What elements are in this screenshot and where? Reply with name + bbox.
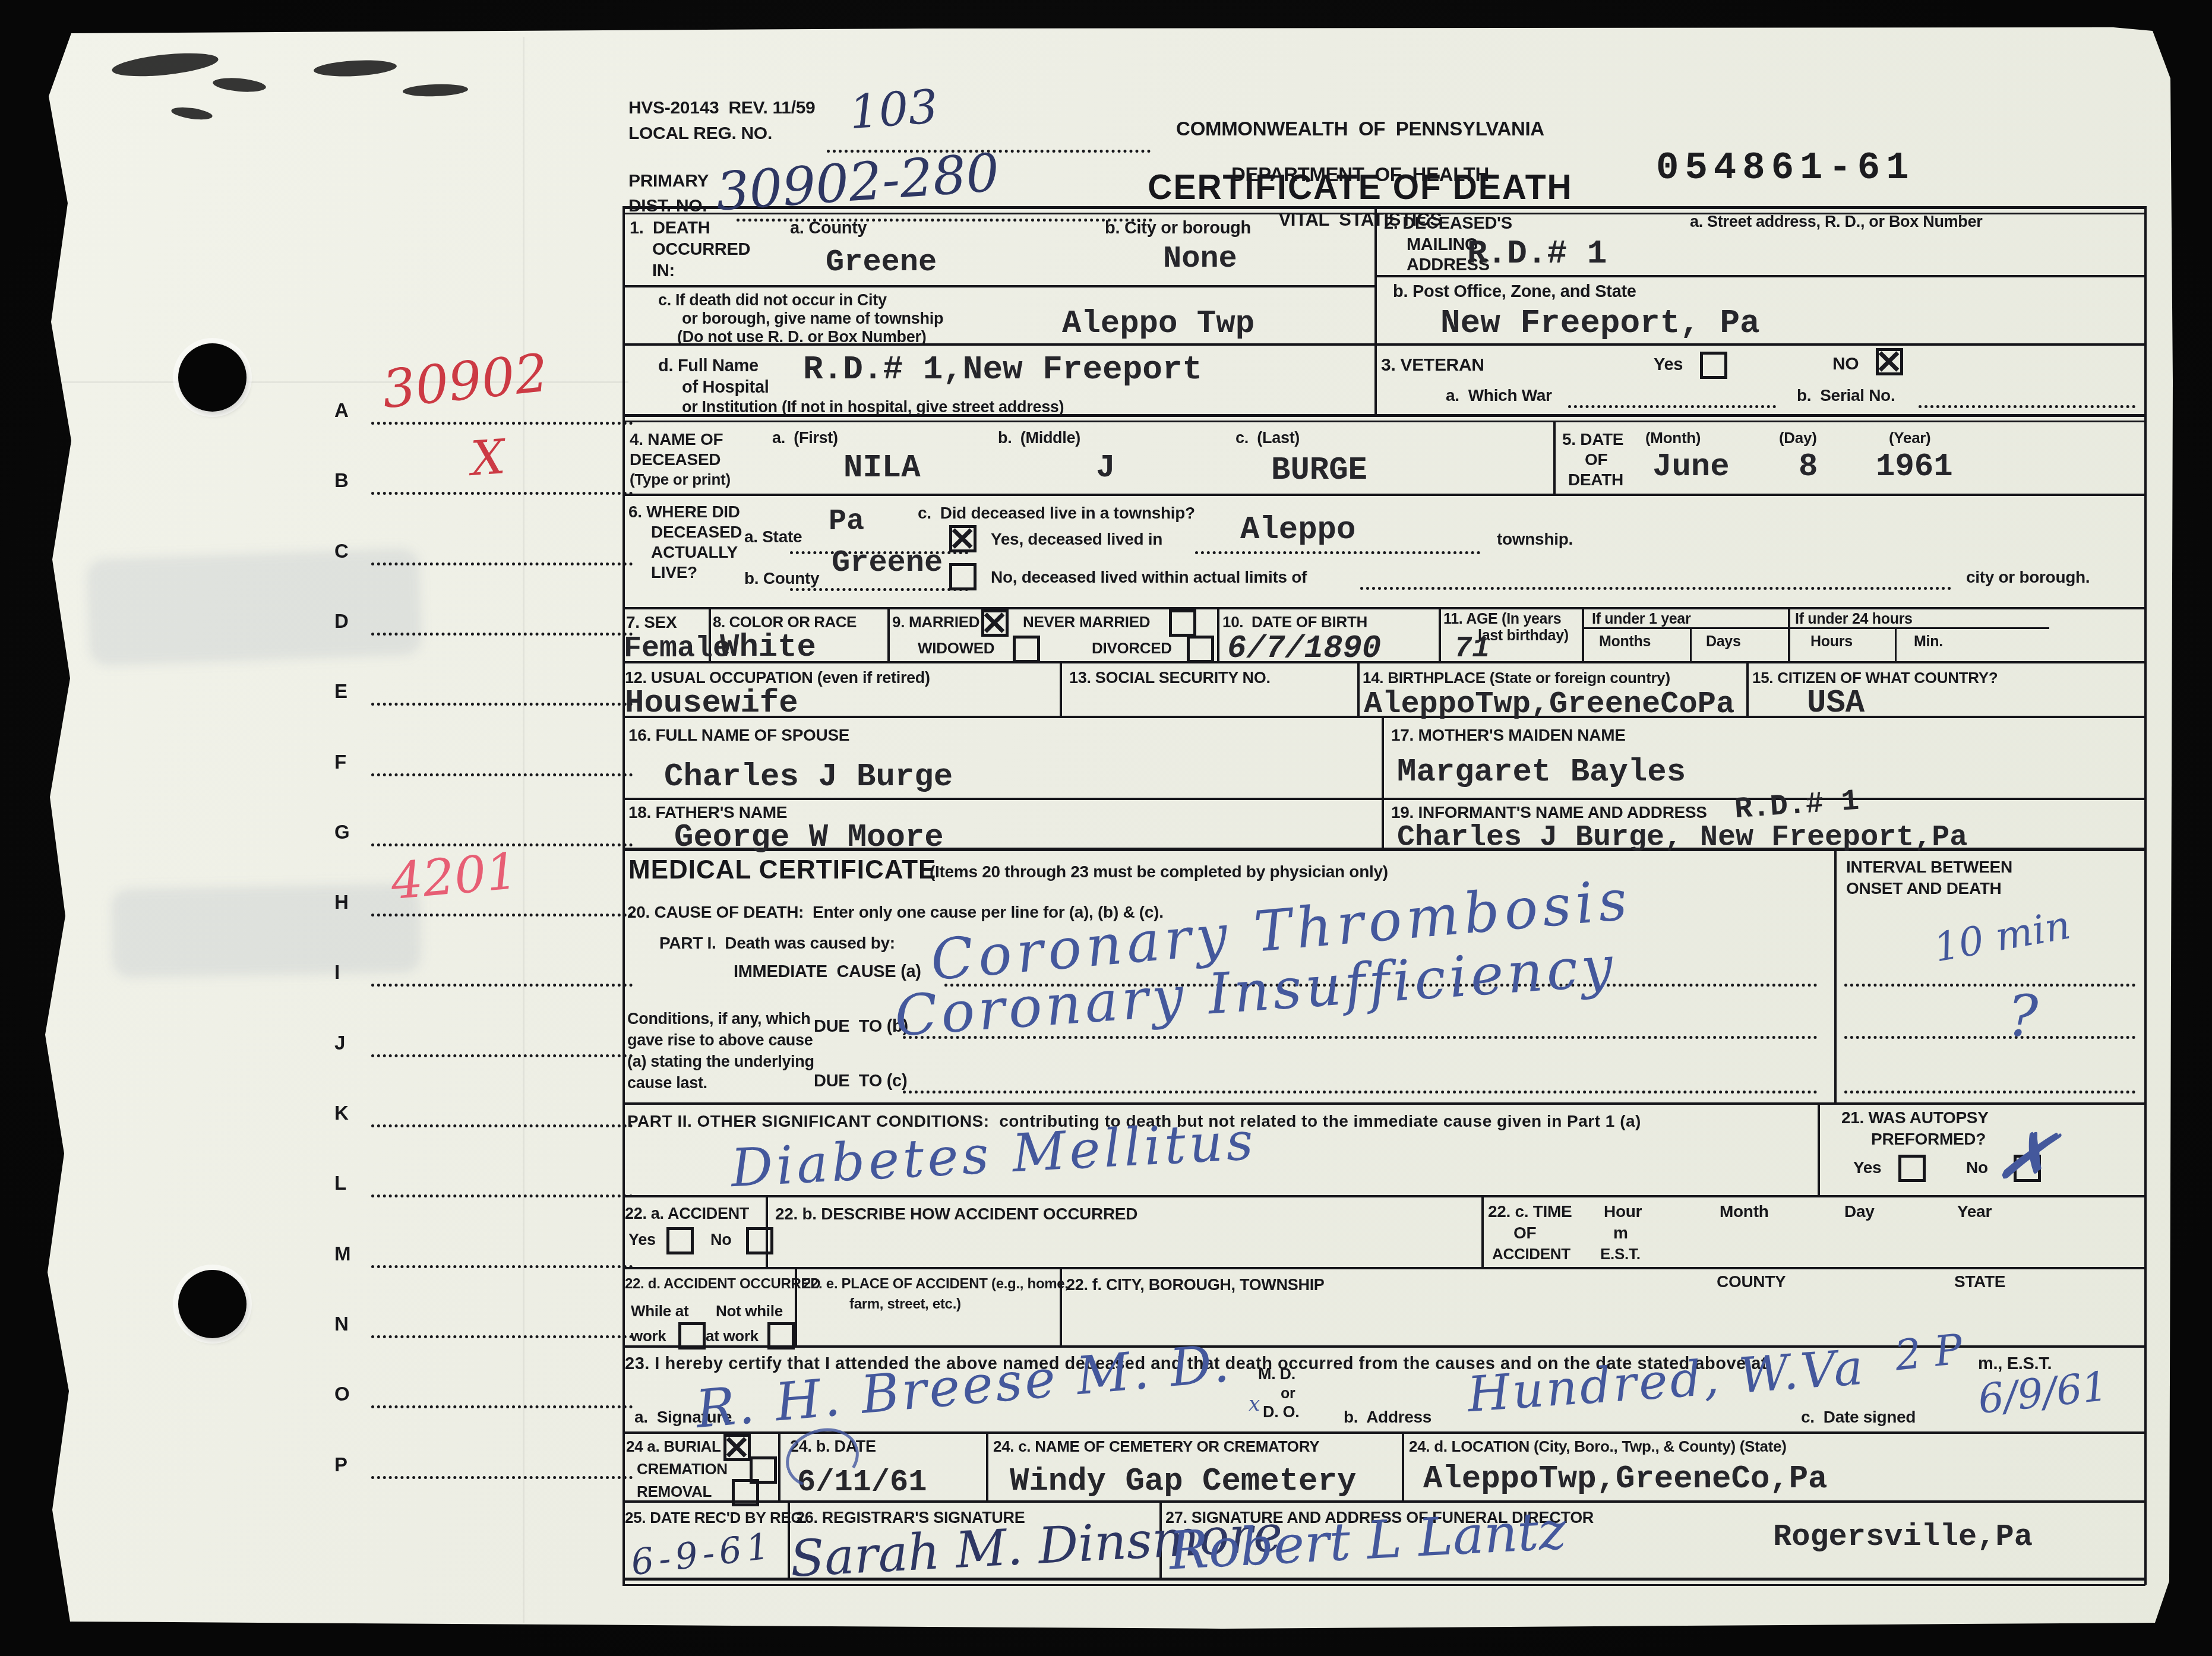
box6-label: 6. WHERE DID bbox=[628, 503, 740, 522]
stub-index-row-L: L bbox=[334, 1172, 634, 1210]
stub-dotted-line bbox=[371, 773, 633, 776]
stub-dotted-line bbox=[371, 1335, 633, 1338]
hospital-label: or Institution (If not in hospital, give… bbox=[682, 398, 1064, 416]
box4-label: DECEASED bbox=[630, 450, 721, 469]
township-suffix: township. bbox=[1497, 530, 1573, 549]
stub-index-row-N: N bbox=[334, 1313, 634, 1351]
stub-index-letter: A bbox=[334, 399, 349, 422]
stub-dotted-line bbox=[371, 1405, 633, 1408]
death-year-value: 1961 bbox=[1876, 449, 1953, 485]
stub-index-letter: K bbox=[334, 1102, 349, 1124]
city-borough-label: b. City or borough bbox=[1105, 219, 1251, 238]
rule bbox=[622, 494, 2145, 496]
spouse-label: 16. FULL NAME OF SPOUSE bbox=[628, 726, 849, 745]
min-label: Min. bbox=[1914, 633, 1943, 650]
due-to-b-label: DUE TO (b) bbox=[814, 1017, 908, 1036]
death-day-value: 8 bbox=[1799, 449, 1818, 485]
age-label: 11. AGE (In years bbox=[1443, 611, 1561, 628]
md-x-mark-handwriting: x bbox=[1249, 1392, 1260, 1416]
hour-label: Hour bbox=[1604, 1202, 1642, 1221]
box5-label: 5. DATE bbox=[1562, 430, 1623, 449]
box5-label: OF bbox=[1585, 450, 1607, 469]
ink-smudge bbox=[111, 49, 220, 81]
date-signed-label: c. Date signed bbox=[1801, 1408, 1916, 1427]
time-of-accident-label: 22. c. TIME bbox=[1488, 1202, 1572, 1221]
lived-township-value: Aleppo bbox=[1240, 512, 1355, 548]
city-borough-suffix: city or borough. bbox=[1966, 568, 2090, 587]
do-label: D. O. bbox=[1263, 1403, 1300, 1421]
last-name-label: c. (Last) bbox=[1235, 429, 1300, 447]
primary-label: PRIMARY bbox=[628, 171, 709, 191]
stub-index-letter: N bbox=[334, 1313, 349, 1335]
conditions-note: (a) stating the underlying bbox=[627, 1053, 814, 1071]
autopsy-yes-checkbox bbox=[1898, 1155, 1926, 1182]
age-label: last birthday) bbox=[1478, 627, 1569, 644]
rule bbox=[622, 607, 2145, 609]
box6-label: ACTUALLY bbox=[651, 543, 738, 562]
form-number: HVS-20143 REV. 11/59 bbox=[628, 98, 816, 118]
cemetery-location-value: AleppoTwp,GreeneCo,Pa bbox=[1423, 1461, 1828, 1497]
not-at-work-checkbox bbox=[767, 1322, 795, 1350]
stub-index-row-F: F bbox=[334, 751, 634, 789]
hospital-value: R.D.# 1,New Freeport bbox=[803, 350, 1202, 388]
widowed-checkbox bbox=[1013, 636, 1040, 663]
ink-smudge bbox=[403, 83, 469, 97]
rule bbox=[622, 798, 2145, 800]
married-label: 9. MARRIED bbox=[892, 613, 979, 631]
race-label: 8. COLOR OR RACE bbox=[713, 613, 857, 631]
city-borough-township-label: 22. f. CITY, BOROUGH, TOWNSHIP bbox=[1066, 1276, 1325, 1294]
box1-label: IN: bbox=[652, 261, 675, 281]
or-label: or bbox=[1281, 1385, 1295, 1402]
time-of-accident-label: OF bbox=[1513, 1224, 1536, 1243]
autopsy-label: 21. WAS AUTOPSY bbox=[1841, 1108, 1989, 1127]
dotted-line bbox=[903, 1091, 1818, 1094]
md-label: M. D. bbox=[1258, 1365, 1295, 1383]
divider bbox=[778, 1431, 780, 1500]
autopsy-no-x-handwriting: ✗ bbox=[1990, 1112, 2061, 1202]
stub-index-letter: P bbox=[334, 1453, 347, 1476]
stub-index-row-P: P bbox=[334, 1453, 634, 1491]
post-office-label: b. Post Office, Zone, and State bbox=[1393, 282, 1636, 302]
not-while-label: Not while bbox=[716, 1302, 783, 1320]
local-reg-label: LOCAL REG. NO. bbox=[628, 124, 772, 144]
citizen-value: USA bbox=[1807, 685, 1865, 722]
box6-label: DECEASED bbox=[651, 523, 742, 542]
box4-label: (Type or print) bbox=[630, 470, 731, 489]
interval-label: INTERVAL BETWEEN bbox=[1846, 858, 2012, 877]
dist-no-label: DIST. NO. bbox=[628, 196, 707, 216]
box2-label: 2. DECEASED'S bbox=[1384, 214, 1512, 233]
divider bbox=[1788, 607, 1790, 661]
hospital-label: of Hospital bbox=[682, 378, 769, 397]
stub-index-row-H: H4201 bbox=[334, 891, 634, 929]
middle-name-label: b. (Middle) bbox=[998, 429, 1080, 447]
rule bbox=[622, 1102, 2145, 1105]
month-label: (Month) bbox=[1645, 429, 1701, 447]
under-24-hours-label: If under 24 hours bbox=[1795, 611, 1913, 628]
veteran-label: 3. VETERAN bbox=[1381, 355, 1484, 375]
local-reg-value: 103 bbox=[848, 80, 940, 140]
form-right-border bbox=[2144, 206, 2147, 1585]
place-of-accident-label: 22. e. PLACE OF ACCIDENT (e.g., home, bbox=[803, 1276, 1069, 1292]
street-address-value: R.D.# 1 bbox=[1467, 235, 1607, 273]
divider bbox=[1690, 627, 1692, 661]
lived-city-no-text: No, deceased lived within actual limits … bbox=[991, 568, 1307, 587]
months-label: Months bbox=[1599, 633, 1651, 650]
rule bbox=[622, 285, 1374, 287]
removal-checkbox bbox=[732, 1479, 759, 1506]
sex-value: Female bbox=[624, 632, 731, 666]
stub-index-letter: F bbox=[334, 751, 346, 773]
box4-label: 4. NAME OF bbox=[630, 430, 723, 449]
day-label: (Day) bbox=[1779, 429, 1817, 447]
last-name-value: BURGE bbox=[1271, 453, 1367, 489]
rule bbox=[622, 1267, 2145, 1269]
punch-hole bbox=[178, 343, 247, 412]
veteran-yes-checkbox bbox=[1700, 352, 1727, 379]
immediate-cause-label: IMMEDIATE CAUSE (a) bbox=[734, 962, 921, 982]
divider bbox=[986, 1431, 988, 1500]
city-borough-value: None bbox=[1163, 241, 1237, 276]
citizen-label: 15. CITIZEN OF WHAT COUNTRY? bbox=[1752, 669, 1998, 687]
conditions-note: cause last. bbox=[627, 1074, 707, 1092]
year-label: (Year) bbox=[1889, 429, 1930, 447]
stub-index-letter: E bbox=[334, 680, 347, 703]
divider bbox=[1217, 607, 1219, 661]
dotted-line bbox=[1844, 1091, 2135, 1094]
stub-dotted-line bbox=[371, 703, 633, 706]
state-header-label: STATE bbox=[1954, 1272, 2005, 1291]
state-value: Pa bbox=[829, 505, 864, 539]
address-label: b. Address bbox=[1344, 1408, 1432, 1427]
punch-hole bbox=[178, 1270, 247, 1338]
divider bbox=[887, 607, 890, 661]
stub-index-row-I: I bbox=[334, 961, 634, 999]
rule bbox=[622, 661, 2145, 663]
father-name-value: George W Moore bbox=[674, 820, 944, 856]
days-label: Days bbox=[1706, 633, 1741, 650]
m-label: m bbox=[1613, 1224, 1628, 1243]
accident-label: 22. a. ACCIDENT bbox=[625, 1205, 749, 1223]
medical-certificate-title: MEDICAL CERTIFICATE bbox=[628, 855, 936, 885]
divorced-checkbox bbox=[1187, 636, 1214, 663]
cemetery-label: 24. c. NAME OF CEMETERY OR CREMATORY bbox=[993, 1437, 1319, 1456]
stub-index-row-B: BX bbox=[334, 469, 634, 507]
part1-label: PART I. Death was caused by: bbox=[659, 934, 895, 953]
veteran-no-checkbox-checked bbox=[1876, 348, 1903, 375]
accident-no-label: No bbox=[710, 1231, 731, 1249]
serial-no-label: b. Serial No. bbox=[1797, 386, 1895, 405]
township-question-label: c. Did deceased live in a township? bbox=[918, 504, 1195, 523]
while-at-label: While at bbox=[631, 1302, 688, 1320]
stub-dotted-line bbox=[371, 422, 633, 425]
autopsy-yes-label: Yes bbox=[1853, 1158, 1881, 1177]
divider bbox=[1402, 1431, 1404, 1500]
divider bbox=[1746, 661, 1749, 716]
medical-certificate-subtitle: (Items 20 through 23 must be completed b… bbox=[930, 862, 1388, 881]
due-to-c-label: DUE TO (c) bbox=[814, 1072, 907, 1091]
certificate-title: CERTIFICATE OF DEATH bbox=[1123, 166, 1598, 207]
under-1-year-label: If under 1 year bbox=[1592, 611, 1690, 628]
box1-number: 1. DEATH bbox=[630, 219, 710, 238]
stub-dotted-line bbox=[371, 1476, 633, 1479]
stub-dotted-line bbox=[371, 633, 633, 636]
at-work-label: at work bbox=[706, 1327, 759, 1345]
ink-smudge bbox=[313, 58, 397, 78]
date-of-birth-value: 6/7/1890 bbox=[1227, 631, 1381, 667]
stub-red-annotation: X bbox=[469, 429, 507, 486]
dotted-line bbox=[1568, 405, 1776, 408]
divider bbox=[1481, 1195, 1484, 1267]
street-address-label: a. Street address, R. D., or Box Number bbox=[1690, 213, 1982, 231]
stub-index-row-O: O bbox=[334, 1383, 634, 1421]
cemetery-location-label: 24. d. LOCATION (City, Boro., Twp., & Co… bbox=[1409, 1437, 1787, 1456]
divider bbox=[1582, 607, 1584, 661]
certificate-number: 054861-61 bbox=[1656, 147, 1915, 190]
time-of-accident-label: ACCIDENT bbox=[1492, 1245, 1570, 1263]
township-value: Aleppo Twp bbox=[1062, 306, 1254, 342]
while-at-work-checkbox bbox=[678, 1322, 706, 1350]
conditions-note: Conditions, if any, which bbox=[627, 1010, 811, 1028]
stub-index-letter: D bbox=[334, 610, 349, 633]
dotted-line bbox=[1844, 1036, 2135, 1039]
hours-label: Hours bbox=[1810, 633, 1853, 650]
county-header-label: COUNTY bbox=[1717, 1272, 1786, 1291]
place-of-accident-label: farm, street, etc.) bbox=[849, 1296, 961, 1313]
stub-index-letter: C bbox=[334, 540, 349, 562]
time-of-death-handwriting: 2 P bbox=[1892, 1325, 1965, 1380]
stub-dotted-line bbox=[371, 562, 633, 565]
first-name-label: a. (First) bbox=[772, 429, 838, 447]
box6-label: LIVE? bbox=[651, 563, 697, 582]
accident-no-checkbox bbox=[746, 1227, 773, 1254]
form-left-border bbox=[622, 206, 625, 1585]
first-name-value: NILA bbox=[843, 450, 921, 486]
est-label: E.S.T. bbox=[1600, 1245, 1641, 1263]
informant-value: Charles J Burge, New Freeport,Pa bbox=[1397, 821, 1967, 855]
month-label: Month bbox=[1720, 1202, 1768, 1221]
date-of-birth-label: 10. DATE OF BIRTH bbox=[1222, 613, 1367, 631]
rule bbox=[1374, 275, 2145, 277]
rule bbox=[622, 1500, 2145, 1503]
race-value: White bbox=[720, 630, 816, 666]
funeral-director-address-value: Rogersville,Pa bbox=[1773, 1519, 2033, 1554]
lived-township-yes-checkbox-checked bbox=[949, 525, 977, 552]
accident-yes-label: Yes bbox=[628, 1231, 656, 1249]
conditions-note: gave rise to above cause bbox=[627, 1031, 813, 1050]
stub-index-row-J: J bbox=[334, 1032, 634, 1070]
stub-dotted-line bbox=[371, 1194, 633, 1197]
dotted-line bbox=[790, 588, 968, 591]
birthplace-value: AleppoTwp,GreeneCoPa bbox=[1364, 687, 1734, 722]
widowed-label: WIDOWED bbox=[918, 639, 994, 658]
state-label: a. State bbox=[744, 527, 802, 546]
married-checkbox-checked bbox=[981, 609, 1009, 637]
removal-label: REMOVAL bbox=[637, 1483, 712, 1501]
township-note: c. If death did not occur in City bbox=[658, 291, 887, 309]
work-label: work bbox=[631, 1327, 666, 1345]
date-received-label: 25. DATE REC'D BY REG. bbox=[625, 1509, 807, 1527]
county-label: a. County bbox=[790, 219, 867, 238]
stub-dotted-line bbox=[371, 1124, 633, 1127]
dotted-line bbox=[1360, 587, 1951, 590]
stub-index-letter: M bbox=[334, 1243, 351, 1265]
county-lived-value: Greene bbox=[832, 545, 943, 580]
veteran-no-label: NO bbox=[1832, 354, 1859, 374]
cemetery-value: Windy Gap Cemetery bbox=[1010, 1464, 1356, 1500]
year-label: Year bbox=[1957, 1202, 1992, 1221]
lived-township-yes-text: Yes, deceased lived in bbox=[991, 530, 1162, 549]
burial-label: 24 a. BURIAL bbox=[626, 1437, 721, 1456]
cremation-label: CREMATION bbox=[637, 1460, 728, 1478]
day-label: Day bbox=[1844, 1202, 1874, 1221]
county-value: Greene bbox=[826, 245, 937, 280]
divider bbox=[1818, 1102, 1820, 1195]
commonwealth-line: COMMONWEALTH OF PENNSYLVANIA bbox=[1123, 116, 1598, 141]
accident-occurred-label: 22. d. ACCIDENT OCCURRED bbox=[625, 1276, 820, 1292]
never-married-checkbox bbox=[1169, 609, 1196, 637]
stub-dotted-line bbox=[371, 914, 633, 917]
spouse-value: Charles J Burge bbox=[664, 759, 953, 795]
stub-dotted-line bbox=[371, 492, 633, 495]
township-note: (Do not use R. D. or Box Number) bbox=[677, 328, 926, 346]
death-month-value: June bbox=[1652, 449, 1730, 485]
stub-index-row-C: C bbox=[334, 540, 634, 578]
dotted-line bbox=[1919, 405, 2135, 408]
interval-label: ONSET AND DEATH bbox=[1846, 879, 2002, 898]
stub-index-letter: B bbox=[334, 469, 349, 492]
birthplace-label: 14. BIRTHPLACE (State or foreign country… bbox=[1363, 669, 1670, 687]
death-certificate-scan: A30902BXCDEFGH4201IJKLMNOP HVS-20143 REV… bbox=[0, 0, 2212, 1656]
rule bbox=[622, 1431, 2145, 1434]
divider bbox=[1895, 627, 1897, 661]
hospital-label: d. Full Name bbox=[658, 356, 759, 376]
stub-dotted-line bbox=[371, 1265, 633, 1268]
which-war-label: a. Which War bbox=[1446, 386, 1552, 405]
township-note: or borough, give name of township bbox=[682, 309, 943, 328]
divider bbox=[1060, 661, 1062, 716]
divider bbox=[1357, 661, 1360, 716]
stub-index-row-K: K bbox=[334, 1102, 634, 1140]
stub-index-letter: O bbox=[334, 1383, 350, 1405]
middle-name-value: J bbox=[1096, 450, 1115, 486]
mother-maiden-value: Margaret Bayles bbox=[1397, 754, 1686, 791]
ssn-label: 13. SOCIAL SECURITY NO. bbox=[1069, 669, 1271, 687]
ink-smudge bbox=[170, 105, 213, 122]
stub-index-letter: J bbox=[334, 1032, 345, 1054]
post-office-value: New Freeport, Pa bbox=[1440, 304, 1760, 342]
describe-accident-label: 22. b. DESCRIBE HOW ACCIDENT OCCURRED bbox=[775, 1205, 1137, 1224]
stub-red-annotation: 30902 bbox=[379, 342, 551, 421]
autopsy-no-label: No bbox=[1966, 1158, 1988, 1177]
stub-index-letter: L bbox=[334, 1172, 346, 1194]
informant-label: 19. INFORMANT'S NAME AND ADDRESS bbox=[1391, 803, 1707, 822]
sex-label: 7. SEX bbox=[626, 613, 677, 632]
divider bbox=[1382, 716, 1384, 848]
ink-smudge bbox=[212, 76, 267, 94]
accident-yes-checkbox bbox=[666, 1227, 694, 1254]
stub-dotted-line bbox=[371, 1054, 633, 1057]
box5-label: DEATH bbox=[1568, 470, 1623, 489]
never-married-label: NEVER MARRIED bbox=[1023, 613, 1150, 631]
stub-index-letter: I bbox=[334, 961, 340, 984]
lived-township-no-checkbox bbox=[949, 563, 977, 590]
stub-index-row-E: E bbox=[334, 680, 634, 718]
occupation-label: 12. USUAL OCCUPATION (even if retired) bbox=[625, 669, 930, 687]
county-label: b. County bbox=[744, 569, 819, 588]
dotted-line bbox=[1844, 984, 2135, 987]
veteran-yes-label: Yes bbox=[1654, 355, 1683, 375]
autopsy-label: PREFORMED? bbox=[1871, 1130, 1986, 1149]
divider bbox=[1439, 607, 1441, 661]
divorced-label: DIVORCED bbox=[1092, 639, 1172, 658]
stub-index-row-D: D bbox=[334, 610, 634, 648]
stub-red-annotation: 4201 bbox=[388, 842, 520, 911]
interval-b-handwriting: ? bbox=[2008, 983, 2038, 1050]
rule bbox=[622, 1195, 2145, 1197]
age-value: 71 bbox=[1454, 632, 1490, 666]
occupation-value: Housewife bbox=[625, 685, 798, 722]
divider bbox=[1834, 848, 1837, 1102]
stub-index-letter: H bbox=[334, 891, 349, 914]
mother-maiden-label: 17. MOTHER'S MAIDEN NAME bbox=[1391, 726, 1626, 745]
burial-checkbox-checked bbox=[723, 1434, 751, 1461]
stub-index-row-M: M bbox=[334, 1243, 634, 1281]
box1-label: OCCURRED bbox=[652, 240, 750, 260]
stub-dotted-line bbox=[371, 984, 633, 987]
dotted-line bbox=[1195, 551, 1480, 554]
divider bbox=[1553, 422, 1556, 494]
stub-index-letter: G bbox=[334, 821, 350, 843]
